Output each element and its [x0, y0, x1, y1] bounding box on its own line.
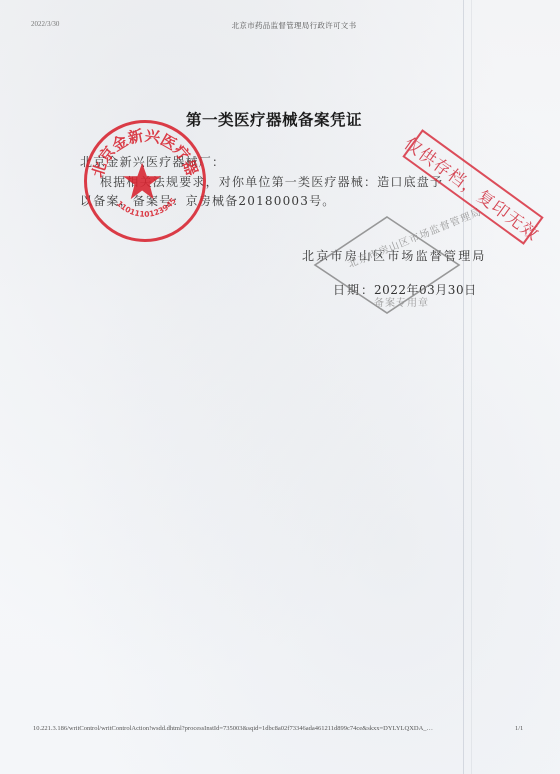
page-number: 1/1: [515, 725, 523, 732]
footer-url: 10.221.3.186/writControl/writControlActi…: [33, 725, 433, 732]
svg-text:1101110123945: 1101110123945: [115, 196, 178, 219]
diamond-stamp-subtext: 备案专用章: [374, 294, 429, 309]
red-star-seal-icon: 北京金新兴医疗器械厂 1101110123945: [87, 123, 203, 239]
header-title: 北京市药品监督管理局行政许可文书: [0, 20, 560, 31]
scan-line: [471, 0, 472, 774]
scan-line: [463, 0, 464, 774]
company-seal: 北京金新兴医疗器械厂 1101110123945: [84, 120, 206, 242]
document-title: 第一类医疗器械备案凭证: [186, 108, 362, 130]
